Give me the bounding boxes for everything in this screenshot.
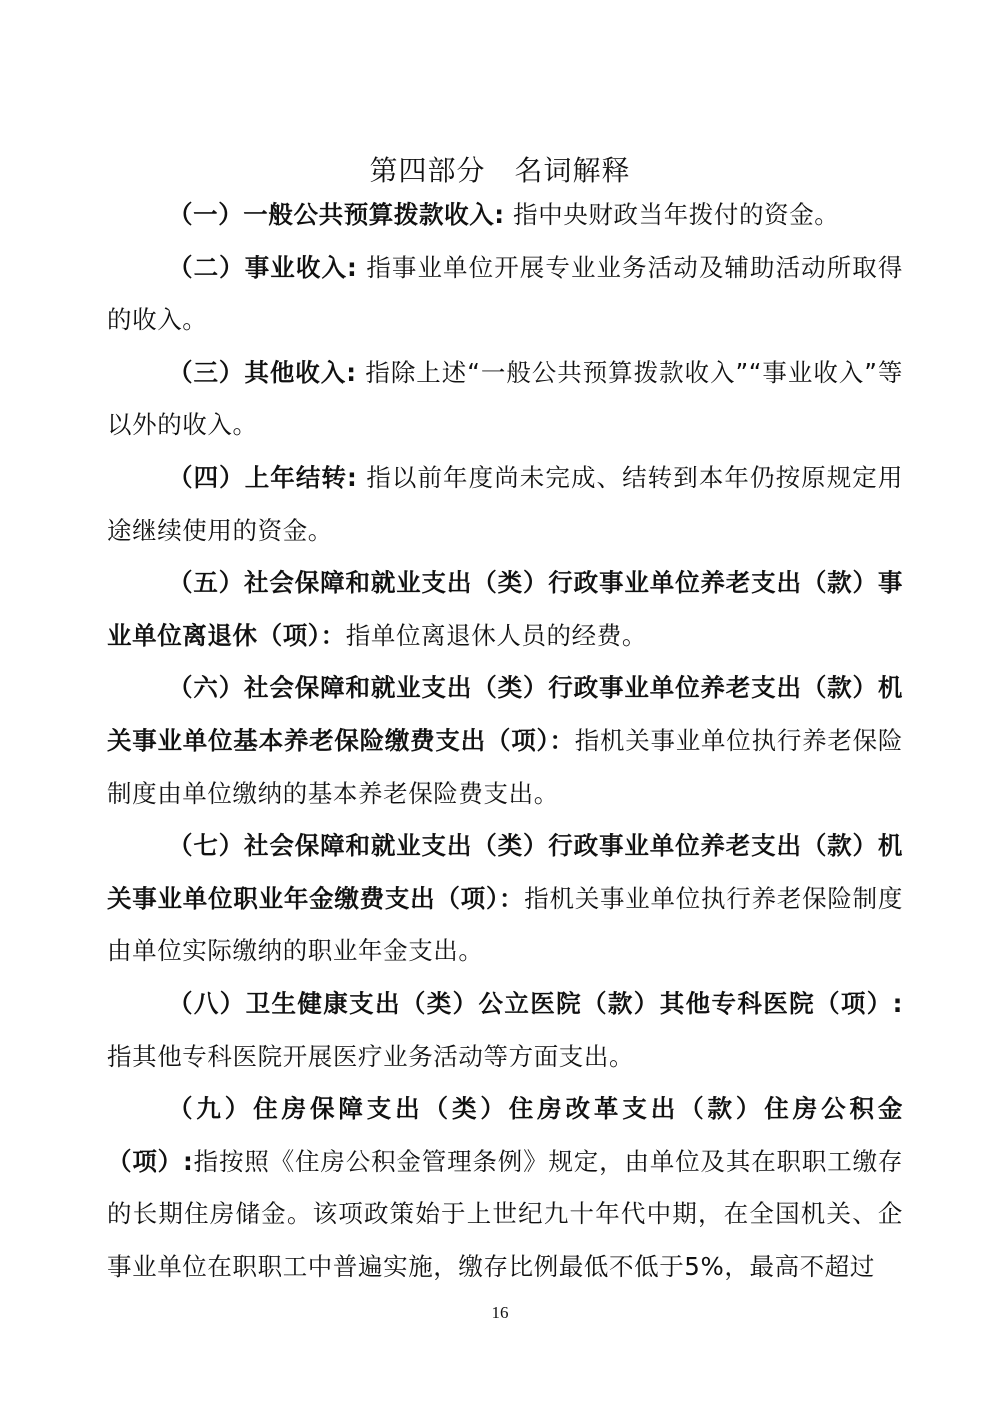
entry-definition: 指其他专科医院开展医疗业务活动等方面支出。 (107, 1042, 634, 1071)
entry-term: （八）卫生健康支出（类）公立医院（款）其他专科医院（项）: (168, 989, 903, 1018)
page-number: 16 (0, 1302, 1000, 1324)
entry-term: （一）一般公共预算拨款收入: (168, 200, 505, 229)
glossary-entry-5: （五）社会保障和就业支出（类）行政事业单位养老支出（款）事业单位离退休（项）：指… (107, 557, 903, 662)
entry-term: （三）其他收入: (168, 358, 357, 387)
page-title: 第四部分 名词解释 (0, 150, 1000, 192)
glossary-entry-9: （九）住房保障支出（类）住房改革支出（款）住房公积金（项）:指按照《住房公积金管… (107, 1083, 903, 1293)
entry-definition: 指中央财政当年拨付的资金。 (505, 200, 840, 229)
glossary-entry-2: （二）事业收入: 指事业单位开展专业业务活动及辅助活动所取得的收入。 (107, 242, 903, 347)
glossary-entry-1: （一）一般公共预算拨款收入: 指中央财政当年拨付的资金。 (107, 189, 903, 242)
entry-definition: 指单位离退休人员的经费。 (346, 621, 647, 650)
entry-term: （四）上年结转: (168, 463, 357, 492)
glossary-body: （一）一般公共预算拨款收入: 指中央财政当年拨付的资金。 （二）事业收入: 指事… (107, 189, 903, 1293)
glossary-entry-8: （八）卫生健康支出（类）公立医院（款）其他专科医院（项）:指其他专科医院开展医疗… (107, 978, 903, 1083)
glossary-entry-4: （四）上年结转: 指以前年度尚未完成、结转到本年仍按原规定用途继续使用的资金。 (107, 452, 903, 557)
glossary-entry-3: （三）其他收入: 指除上述“一般公共预算拨款收入”“事业收入”等以外的收入。 (107, 347, 903, 452)
glossary-entry-7: （七）社会保障和就业支出（类）行政事业单位养老支出（款）机关事业单位职业年金缴费… (107, 820, 903, 978)
glossary-entry-6: （六）社会保障和就业支出（类）行政事业单位养老支出（款）机关事业单位基本养老保险… (107, 662, 903, 820)
entry-definition: 指按照《住房公积金管理条例》规定，由单位及其在职职工缴存的长期住房储金。该项政策… (107, 1147, 903, 1281)
entry-term: （二）事业收入: (168, 253, 357, 282)
